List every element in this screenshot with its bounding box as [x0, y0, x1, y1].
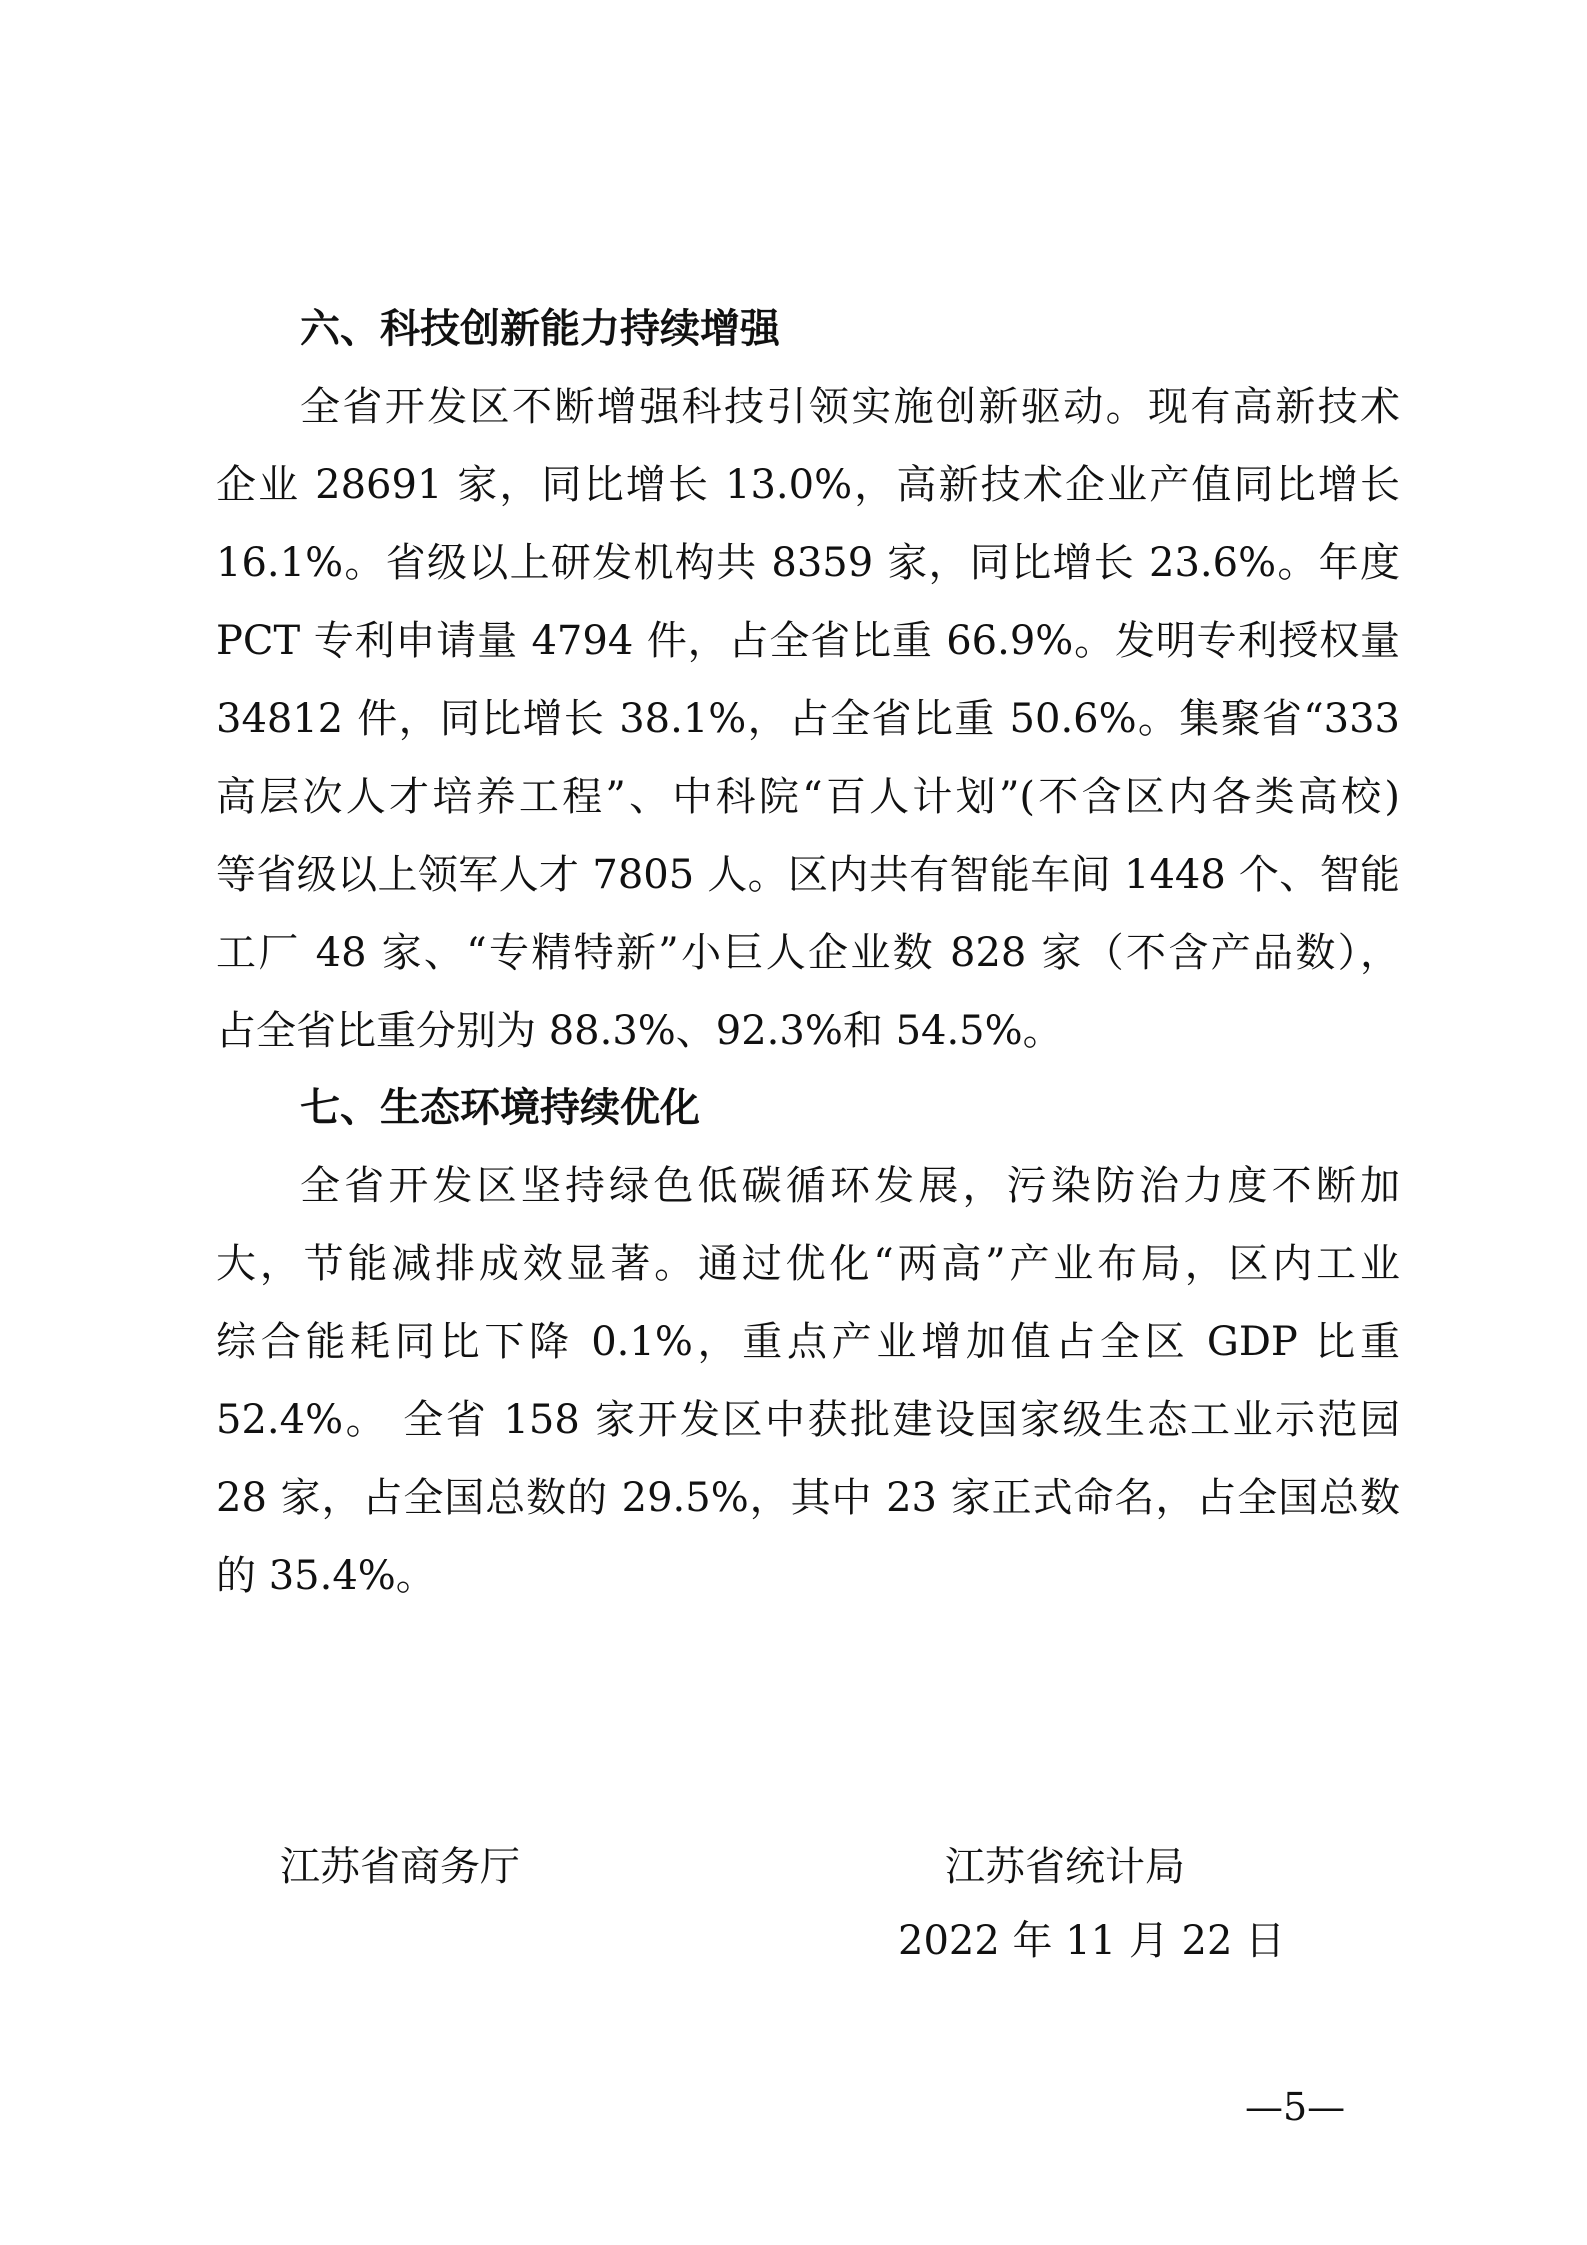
signature-statistics-bureau: 江苏省统计局 [945, 1842, 1185, 1892]
paragraph-line: 高层次人才培养工程”、中科院“百人计划”(不含区内各类高校) [216, 772, 1400, 822]
section6-heading: 六、科技创新能力持续增强 [300, 304, 780, 354]
paragraph-line: 52.4%。 全省 158 家开发区中获批建设国家级生态工业示范园 [216, 1395, 1400, 1445]
paragraph-line: 工厂 48 家、“专精特新”小巨人企业数 828 家（不含产品数）， [216, 928, 1400, 978]
paragraph-line: 占全省比重分别为 88.3%、92.3%和 54.5%。 [216, 1006, 1400, 1056]
page-number: —5— [1245, 2082, 1345, 2132]
paragraph-line: 的 35.4%。 [216, 1551, 1400, 1601]
paragraph-line: 34812 件，同比增长 38.1%，占全省比重 50.6%。集聚省“333 [216, 694, 1400, 744]
signature-date: 2022 年 11 月 22 日 [898, 1916, 1285, 1966]
paragraph-line: 等省级以上领军人才 7805 人。区内共有智能车间 1448 个、智能 [216, 850, 1400, 900]
section7-heading: 七、生态环境持续优化 [300, 1083, 700, 1133]
paragraph-line: PCT 专利申请量 4794 件，占全省比重 66.9%。发明专利授权量 [216, 616, 1400, 666]
paragraph-line: 全省开发区坚持绿色低碳循环发展，污染防治力度不断加 [300, 1161, 1400, 1211]
paragraph-line: 28 家，占全国总数的 29.5%，其中 23 家正式命名，占全国总数 [216, 1473, 1400, 1523]
paragraph-line: 16.1%。省级以上研发机构共 8359 家，同比增长 23.6%。年度 [216, 538, 1400, 588]
paragraph-line: 全省开发区不断增强科技引领实施创新驱动。现有高新技术 [300, 382, 1400, 432]
paragraph-line: 大，节能减排成效显著。通过优化“两高”产业布局，区内工业 [216, 1239, 1400, 1289]
paragraph-line: 综合能耗同比下降 0.1%，重点产业增加值占全区 GDP 比重 [216, 1317, 1400, 1367]
paragraph-line: 企业 28691 家，同比增长 13.0%，高新技术企业产值同比增长 [216, 460, 1400, 510]
signature-commerce-dept: 江苏省商务厅 [280, 1842, 520, 1892]
